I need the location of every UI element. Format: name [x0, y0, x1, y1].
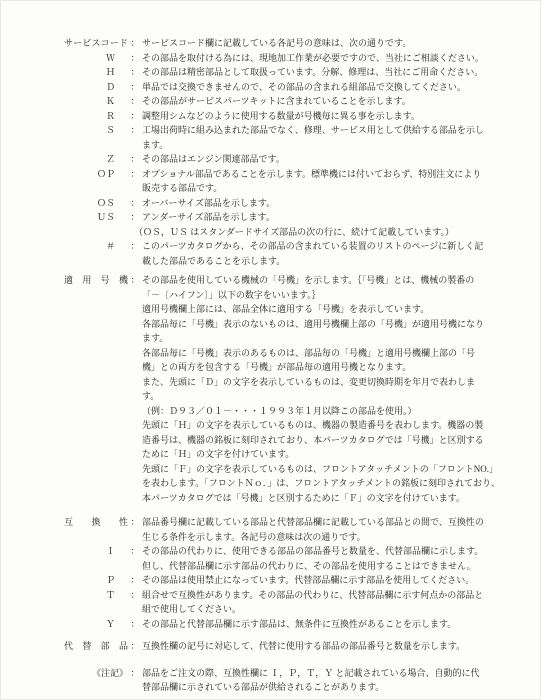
code-desc-hash: このパーツカタログから、その部品の含まれている装置のリストのページに新しく記載し… — [142, 239, 487, 268]
colon-separator: ： — [128, 666, 142, 695]
code-letter-z: Ｚ — [64, 152, 128, 167]
code-desc-us: アンダーサイズ部品を示します。 — [142, 210, 487, 225]
code-row-y: Ｙ ： その部品と代替部品欄に示す部品は、無条件に互換性があることを示します。 — [64, 617, 488, 632]
colon-separator: ： — [128, 273, 142, 505]
colon-separator: ： — [128, 123, 142, 152]
code-desc-p: その部品は使用禁止になっています。代替部品欄に示す部品を使用してください。 — [142, 573, 487, 588]
applicable-serial-body: その部品を使用している機械の「号機」を示します。｛「号機」とは、機械の製番の「－… — [142, 273, 487, 505]
code-row-p: Ｐ ： その部品は使用禁止になっています。代替部品欄に示す部品を使用してください… — [64, 573, 488, 588]
code-desc-os: オーバーサイズ部品を示します。 — [142, 196, 487, 211]
interchangeability-intro: 部品番号欄に記載している部品と代替部品欄に記載している部品との間で、互換性の生じ… — [142, 515, 487, 544]
colon-separator: ： — [128, 36, 142, 51]
serial-paragraph: 先頭に「Ｆ」の文字を表示しているものは、フロントアタッチメントの「フロントNO.… — [142, 462, 505, 506]
code-row-d: Ｄ ： 単品では交換できませんので、その部品の含まれる組部品で交換してください。 — [64, 80, 488, 95]
code-desc-y: その部品と代替部品欄に示す部品は、無条件に互換性があることを示します。 — [142, 617, 487, 632]
colon-separator: ： — [128, 639, 142, 654]
substitute-parts-desc: 互換性欄の記号に対応して、代替に使用する部品の部品番号と数量を示します。 — [142, 639, 487, 654]
section-interchangeability: 互換性 ： 部品番号欄に記載している部品と代替部品欄に記載している部品との間で、… — [64, 515, 488, 631]
code-letter-op: ＯＰ — [64, 167, 128, 196]
colon-separator: ： — [128, 544, 142, 573]
colon-separator: ： — [128, 51, 142, 66]
code-row-r: Ｒ ： 調整用シムなどのように使用する数量が号機毎に異る事を示します。 — [64, 109, 488, 124]
code-row-z: Ｚ ： その部品はエンジン関連部品です。 — [64, 152, 488, 167]
colon-separator: ： — [128, 167, 142, 196]
code-desc-t: 組合せで互換性があります。その部品の代わりに、代替部品欄に示す何点かの部品と組で… — [142, 588, 487, 617]
serial-paragraph-example: （例：Ｄ９３／０１－・・・１９９３年１月以降この部品を使用。） — [142, 404, 487, 419]
serial-paragraph: 各部品毎に「号機」表示のないものは、適用号機欄上部の「号機」が適用号機になります… — [142, 317, 487, 346]
code-letter-w: Ｗ — [64, 51, 128, 66]
colon-separator: ： — [128, 210, 142, 225]
serial-paragraph: その部品を使用している機械の「号機」を示します。｛「号機」とは、機械の製番の「－… — [142, 273, 487, 302]
code-desc-w: その部品を取付ける為には、現地加工作業が必要ですので、当社にご相談ください。 — [142, 51, 487, 66]
definition-row-applicable-serial: 適用号機 ： その部品を使用している機械の「号機」を示します。｛「号機」とは、機… — [64, 273, 488, 505]
definition-row-interchangeability: 互換性 ： 部品番号欄に記載している部品と代替部品欄に記載している部品との間で、… — [64, 515, 488, 544]
colon-separator: ： — [128, 65, 142, 80]
code-letter-os: ＯＳ — [64, 196, 128, 211]
colon-separator: ： — [128, 617, 142, 632]
colon-separator: ： — [128, 94, 142, 109]
code-letter-p: Ｐ — [64, 573, 128, 588]
size-note-text: （ＯＳ，ＵＳ はスタンダードサイズ部品の次の行に、続けて記載しています。） — [134, 225, 487, 240]
section-service-code: サービスコード ： サービスコード欄に記載している各記号の意味は、次の通りです。… — [64, 36, 488, 268]
term-applicable-serial: 適用号機 — [64, 273, 128, 505]
colon-separator: ： — [128, 80, 142, 95]
section-substitute-parts: 代替部品 ： 互換性欄の記号に対応して、代替に使用する部品の部品番号と数量を示し… — [64, 639, 488, 654]
note-desc: 部品をご注文の際、互換性欄に Ｉ，Ｐ，Ｔ，Ｙ と記載されている場合、自動的に代替… — [142, 666, 487, 695]
definition-row-substitute-parts: 代替部品 ： 互換性欄の記号に対応して、代替に使用する部品の部品番号と数量を示し… — [64, 639, 488, 654]
code-letter-t: Ｔ — [64, 588, 128, 617]
definition-row-service-code: サービスコード ： サービスコード欄に記載している各記号の意味は、次の通りです。 — [64, 36, 488, 51]
code-row-s: Ｓ ： 工場出荷時に組み込まれた部品でなく、修理、サービス用として供給する部品を… — [64, 123, 488, 152]
code-letter-r: Ｒ — [64, 109, 128, 124]
scanned-document-page: サービスコード ： サービスコード欄に記載している各記号の意味は、次の通りです。… — [0, 0, 541, 700]
code-row-i: Ｉ ： その部品の代わりに、使用できる部品の部品番号と数量を、代替部品欄に示しま… — [64, 544, 488, 573]
service-code-intro: サービスコード欄に記載している各記号の意味は、次の通りです。 — [142, 36, 487, 51]
term-note: 《注記》 — [64, 666, 128, 695]
serial-paragraph: また、先頭に「Ｄ」の文字を表示しているものは、変更切換時期を年月で表わします。 — [142, 375, 487, 404]
code-letter-s: Ｓ — [64, 123, 128, 152]
code-desc-d: 単品では交換できませんので、その部品の含まれる組部品で交換してください。 — [142, 80, 487, 95]
code-desc-h: その部品は精密部品として取扱っています。分解、修理は、当社にご用命ください。 — [142, 65, 487, 80]
term-substitute-parts: 代替部品 — [64, 639, 128, 654]
code-letter-d: Ｄ — [64, 80, 128, 95]
code-desc-op: オプショナル部品であることを示します。標準機には付いておらず、特別注文により販売… — [142, 167, 487, 196]
code-desc-i: その部品の代わりに、使用できる部品の部品番号と数量を、代替部品欄に示します。但し… — [142, 544, 487, 573]
code-desc-z: その部品はエンジン関連部品です。 — [142, 152, 487, 167]
serial-paragraph: 適用号機欄上部には、部品全体に適用する「号機」を表示しています。 — [142, 302, 487, 317]
code-desc-r: 調整用シムなどのように使用する数量が号機毎に異る事を示します。 — [142, 109, 487, 124]
code-row-os: ＯＳ ： オーバーサイズ部品を示します。 — [64, 196, 488, 211]
colon-separator: ： — [128, 152, 142, 167]
code-row-op: ＯＰ ： オプショナル部品であることを示します。標準機には付いておらず、特別注文… — [64, 167, 488, 196]
code-letter-i: Ｉ — [64, 544, 128, 573]
parts-catalog-legend: サービスコード ： サービスコード欄に記載している各記号の意味は、次の通りです。… — [64, 36, 488, 695]
definition-row-note: 《注記》 ： 部品をご注文の際、互換性欄に Ｉ，Ｐ，Ｔ，Ｙ と記載されている場合… — [64, 666, 488, 695]
colon-separator: ： — [128, 239, 142, 268]
colon-separator: ： — [128, 515, 142, 544]
term-service-code: サービスコード — [64, 36, 128, 51]
code-row-w: Ｗ ： その部品を取付ける為には、現地加工作業が必要ですので、当社にご相談くださ… — [64, 51, 488, 66]
code-letter-h: Ｈ — [64, 65, 128, 80]
code-symbol-hash: ＃ — [64, 239, 128, 268]
code-row-us: ＵＳ ： アンダーサイズ部品を示します。 — [64, 210, 488, 225]
section-applicable-serial: 適用号機 ： その部品を使用している機械の「号機」を示します。｛「号機」とは、機… — [64, 273, 488, 505]
code-row-new-part: ＃ ： このパーツカタログから、その部品の含まれている装置のリストのページに新し… — [64, 239, 488, 268]
code-desc-k: その部品がサービスパーツキットに含まれていることを示します。 — [142, 94, 487, 109]
colon-separator: ： — [128, 588, 142, 617]
code-row-k: Ｋ ： その部品がサービスパーツキットに含まれていることを示します。 — [64, 94, 488, 109]
serial-paragraph: 先頭に「Ｈ」の文字を表示しているものは、機器の製造番号を表わします。機器の製造番… — [142, 418, 487, 462]
section-note: 《注記》 ： 部品をご注文の際、互換性欄に Ｉ，Ｐ，Ｔ，Ｙ と記載されている場合… — [64, 666, 488, 695]
code-desc-s: 工場出荷時に組み込まれた部品でなく、修理、サービス用として供給する部品を示します… — [142, 123, 487, 152]
code-letter-y: Ｙ — [64, 617, 128, 632]
code-letter-us: ＵＳ — [64, 210, 128, 225]
colon-separator: ： — [128, 573, 142, 588]
code-letter-k: Ｋ — [64, 94, 128, 109]
term-interchangeability: 互換性 — [64, 515, 128, 544]
colon-separator: ： — [128, 109, 142, 124]
size-note-row: （ＯＳ，ＵＳ はスタンダードサイズ部品の次の行に、続けて記載しています。） — [64, 225, 488, 240]
empty-cell — [64, 225, 128, 240]
serial-paragraph: 各部品毎に「号機」表示のあるものは、部品毎の「号機」と適用号機欄上部の「号機」と… — [142, 346, 487, 375]
code-row-h: Ｈ ： その部品は精密部品として取扱っています。分解、修理は、当社にご用命くださ… — [64, 65, 488, 80]
colon-separator: ： — [128, 196, 142, 211]
code-row-t: Ｔ ： 組合せで互換性があります。その部品の代わりに、代替部品欄に示す何点かの部… — [64, 588, 488, 617]
